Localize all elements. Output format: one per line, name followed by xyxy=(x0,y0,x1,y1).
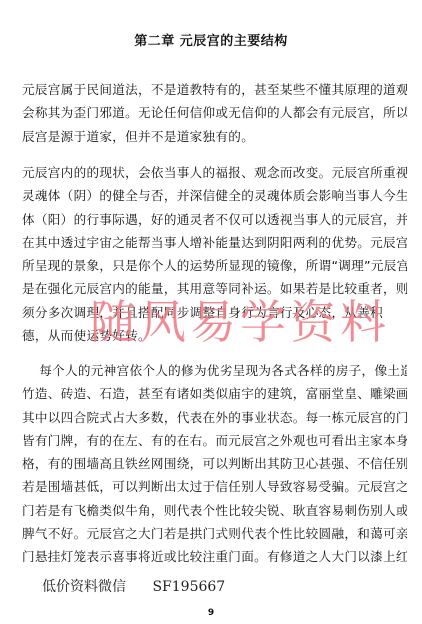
footer-note-code: SF195667 xyxy=(152,579,225,595)
text-line: 元辰宫内的的现状，会依当事人的福报、观念而改变。元辰宫所重视的是 xyxy=(22,161,407,184)
text-line: 辰宫是源于道家，但并不是道家独有的。 xyxy=(22,125,407,148)
text-line: 灵魂体（阴）的健全与否，并深信健全的灵魂体质会影响当事人今生肉 xyxy=(22,184,407,207)
text-line: 会称其为歪门邪道。无论任何信仰或无信仰的人都会有元辰宫，所以元 xyxy=(22,101,407,124)
text-line: 竹造、砖造、石造，甚至有诸如类似庙宇的建筑，富丽堂皇、雕梁画栋等等 xyxy=(22,382,407,405)
text-line: 体（阳）的行事际遇，好的通灵者不仅可以透视当事人的元辰宫，并能 xyxy=(22,208,407,231)
paragraph-3: 每个人的元神宫依个人的修为优劣呈现为各式各样的房子，像土造、 竹造、砖造、石造，… xyxy=(22,359,407,569)
text-line: 若是围墙甚低，可以判断出太过于信任别人导致容易受骗。元辰宫之大 xyxy=(22,475,407,498)
text-line: 门若是有飞檐类似牛角，则代表个性比较尖锐、耿直容易刺伤别人或是 xyxy=(22,499,407,522)
watermark: 随风易学资料 xyxy=(90,286,390,352)
text-line: 元辰宫属于民间道法，不是道教特有的，甚至某些不懂其原理的道观还 xyxy=(22,78,407,101)
text-line: 其中以四合院式占大多数，代表在外的事业状态。每一栋元辰宫的门口 xyxy=(22,406,407,429)
text-line: 每个人的元神宫依个人的修为优劣呈现为各式各样的房子，像土造、 xyxy=(22,359,407,382)
paragraph-1: 元辰宫属于民间道法，不是道教特有的，甚至某些不懂其原理的道观还 会称其为歪门邪道… xyxy=(22,78,407,148)
footer-note: 低价资料微信 SF195667 xyxy=(42,576,225,596)
text-line: 门悬挂灯笼表示喜事将近或比较注重门面。有修道之人大门以漆上红 xyxy=(22,545,407,568)
text-line: 皆有门牌，有的在左、有的在右。而元辰宫之外观也可看出主家本身的性 xyxy=(22,429,407,452)
text-line: 所呈现的景象，只是你个人的运势所显现的镜像，所谓“调理”元辰宫 xyxy=(22,254,407,277)
text-line: 脾气不好。元辰宫之大门若是拱门式则代表个性比较圆融，和蔼可亲。大 xyxy=(22,522,407,545)
footer-note-text: 低价资料微信 xyxy=(42,579,126,595)
text-line: 在其中透过宇宙之能帮当事人增补能量达到阴阳两利的优势。元辰宫 xyxy=(22,231,407,254)
text-line: 格，有的围墙高且铁丝网围绕，可以判断出其防卫心甚强、不信任别人。 xyxy=(22,452,407,475)
chapter-title: 第二章 元辰宫的主要结构 xyxy=(0,30,422,49)
page-number: 9 xyxy=(0,608,422,618)
